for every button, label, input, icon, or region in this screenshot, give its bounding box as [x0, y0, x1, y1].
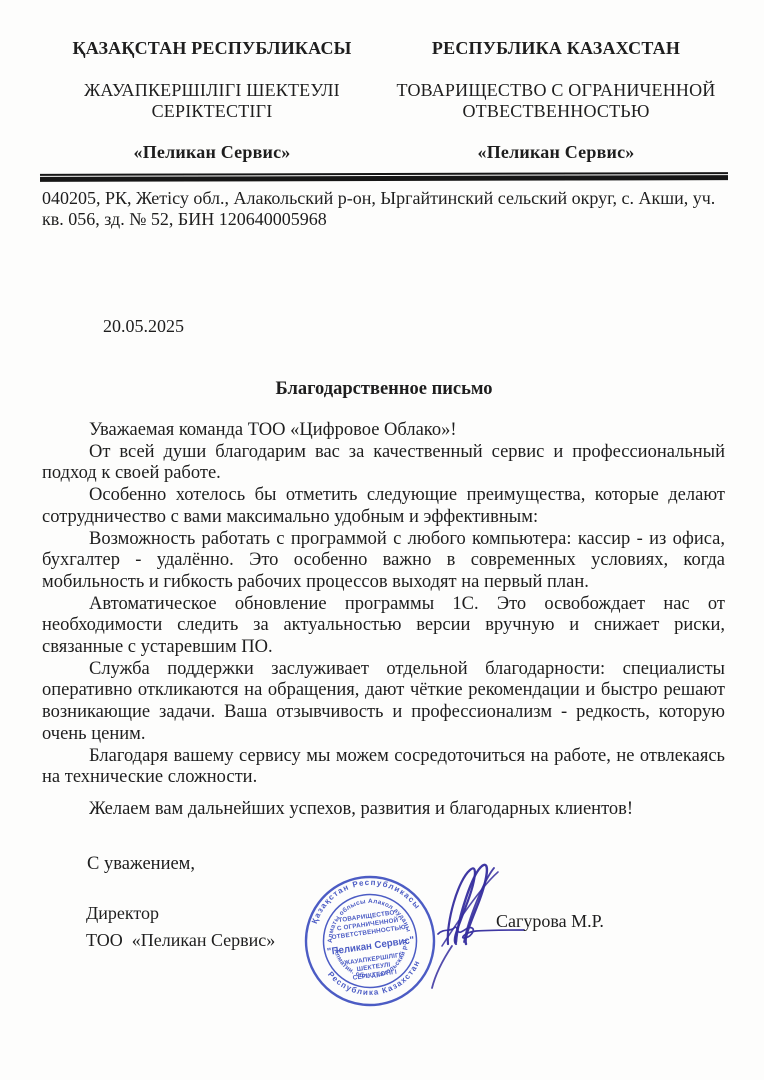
divider-thick-line: [40, 175, 728, 182]
letterhead-orgtype-ru: ТОВАРИЩЕСТВО С ОГРАНИЧЕННОЙ ОТВЕСТВЕННОС…: [386, 80, 726, 122]
paragraph: Уважаемая команда ТОО «Цифровое Облако»!: [42, 420, 725, 442]
letterhead-country-ru: РЕСПУБЛИКА КАЗАХСТАН: [386, 38, 726, 59]
letter-body: Уважаемая команда ТОО «Цифровое Облако»!…: [42, 420, 725, 789]
paragraph: От всей души благодарим вас за качествен…: [42, 442, 725, 485]
paragraph: Благодаря вашему сервису мы можем сосред…: [42, 746, 725, 789]
company-address: 040205, РК, Жетісу обл., Алакольский р-о…: [42, 188, 716, 230]
paragraph: Возможность работать с программой с любо…: [42, 529, 725, 594]
letterhead-country-kk: ҚАЗАҚСТАН РЕСПУБЛИКАСЫ: [42, 38, 382, 59]
signatory-name: Сагурова М.Р.: [496, 911, 604, 932]
signatory-block: Директор ТОО «Пеликан Сервис»: [86, 900, 275, 954]
letterhead-company-ru: «Пеликан Сервис»: [386, 142, 726, 163]
letterhead-orgtype-kk: ЖАУАПКЕРШІЛІГІ ШЕКТЕУЛІ СЕРІКТЕСТІГІ: [42, 80, 382, 122]
signatory-company: ТОО «Пеликан Сервис»: [86, 927, 275, 954]
letterhead: ҚАЗАҚСТАН РЕСПУБЛИКАСЫ ЖАУАПКЕРШІЛІГІ ШЕ…: [42, 38, 726, 174]
letterhead-russian: РЕСПУБЛИКА КАЗАХСТАН ТОВАРИЩЕСТВО С ОГРА…: [386, 38, 726, 174]
wish-line: Желаем вам дальнейших успехов, развития …: [89, 799, 633, 820]
paragraph: Особенно хотелось бы отметить следующие …: [42, 485, 725, 528]
letter-page: ҚАЗАҚСТАН РЕСПУБЛИКАСЫ ЖАУАПКЕРШІЛІГІ ШЕ…: [0, 0, 764, 1080]
paragraph: Автоматическое обновление программы 1С. …: [42, 594, 725, 659]
letter-date: 20.05.2025: [103, 316, 184, 337]
signatory-position: Директор: [86, 900, 275, 927]
divider-rule: [40, 172, 728, 182]
closing-line: С уважением,: [87, 854, 195, 875]
letterhead-company-kk: «Пеликан Сервис»: [42, 142, 382, 163]
letter-title: Благодарственное письмо: [42, 379, 726, 400]
letterhead-kazakh: ҚАЗАҚСТАН РЕСПУБЛИКАСЫ ЖАУАПКЕРШІЛІГІ ШЕ…: [42, 38, 382, 174]
paragraph: Служба поддержки заслуживает отдельной б…: [42, 659, 725, 746]
